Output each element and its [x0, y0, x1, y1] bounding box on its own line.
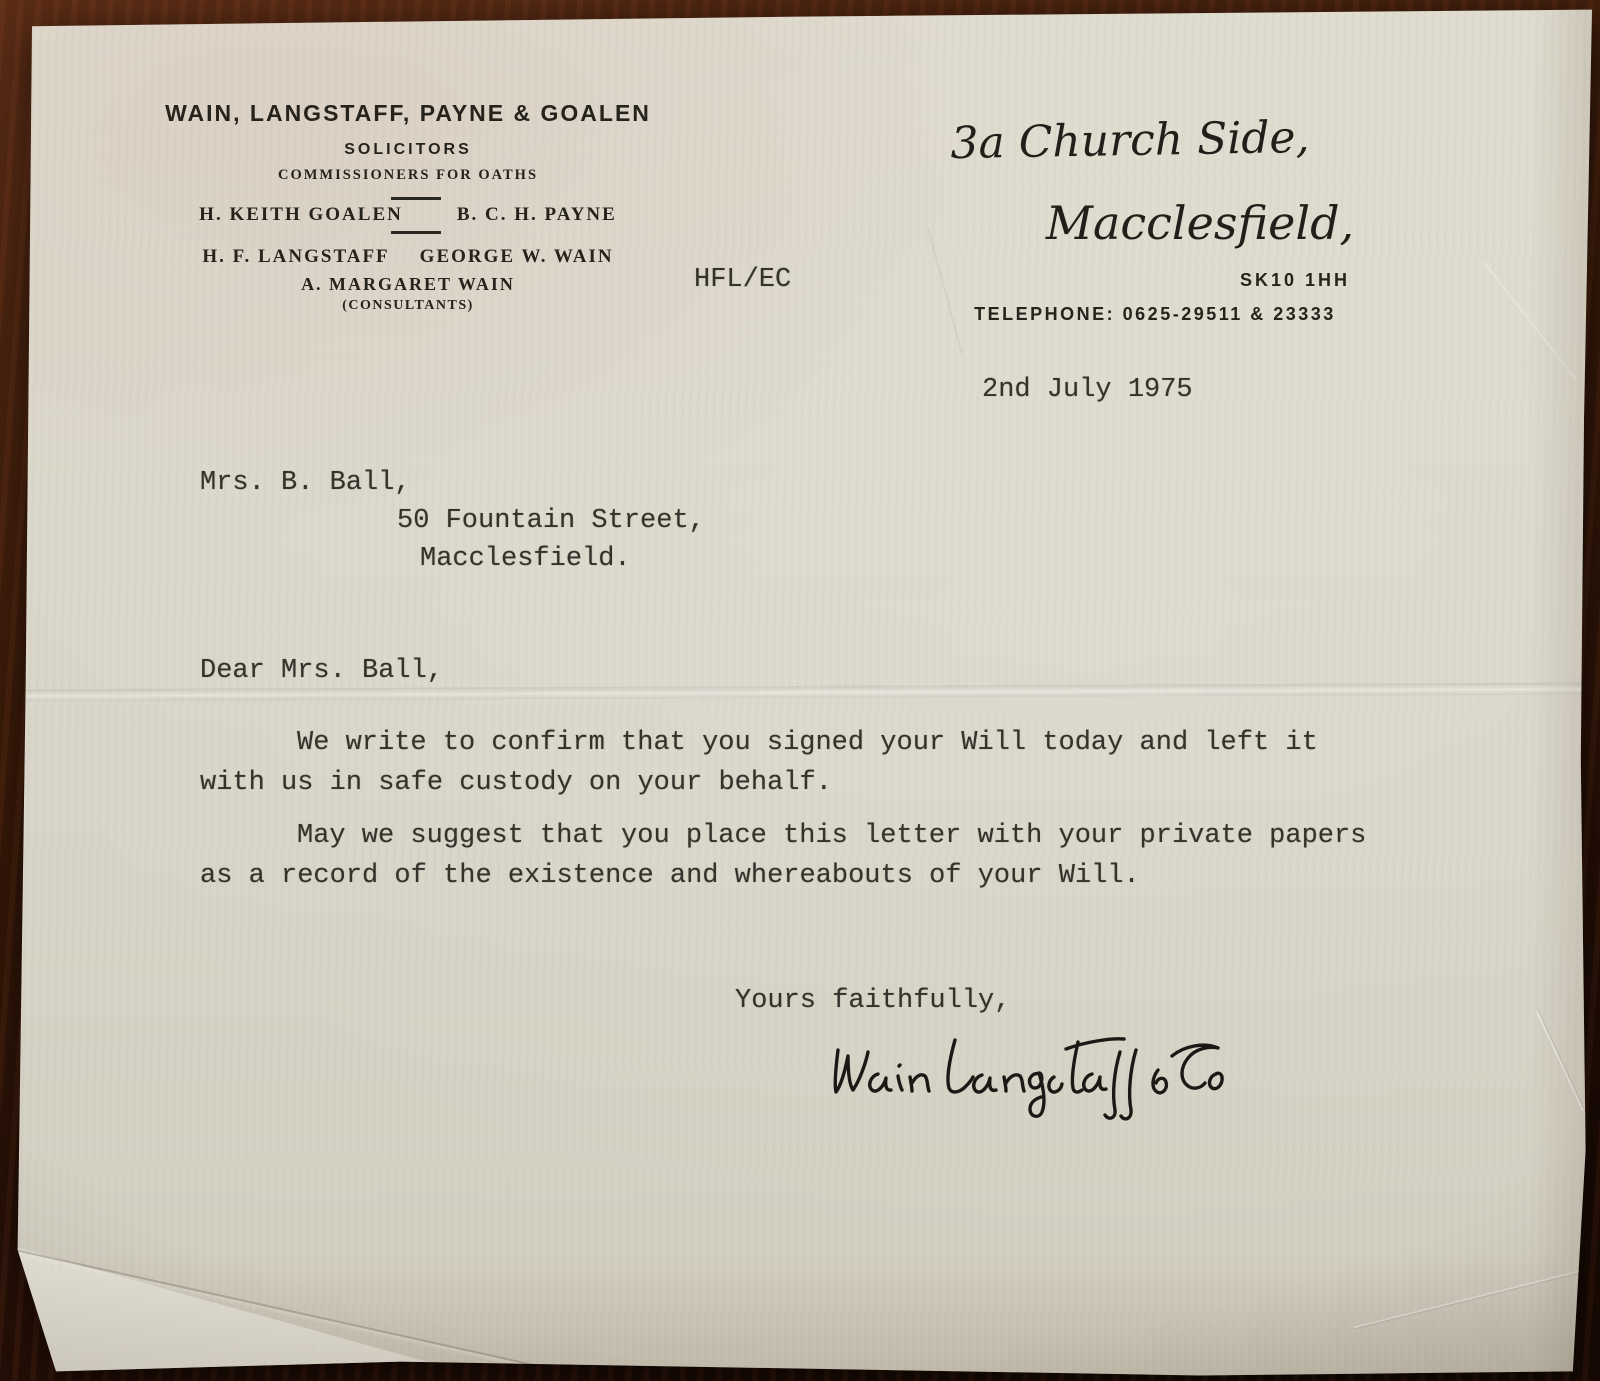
partners-row-1: H. KEITH GOALEN B. C. H. PAYNE [138, 204, 678, 226]
solicitors-label: SOLICITORS [138, 141, 678, 159]
recipient-name: Mrs. B. Ball, [200, 467, 411, 499]
partner-langstaff: H. F. LANGSTAFF [202, 246, 389, 268]
crease-bottom-right-2 [1354, 1264, 1600, 1329]
letterhead-postcode: SK10 1HH [1240, 270, 1350, 291]
partner-goalen: H. KEITH GOALEN [199, 204, 403, 226]
letterhead-address-line2: Macclesfield, [980, 196, 1420, 250]
body-paragraph2-line1: May we suggest that you place this lette… [297, 820, 1366, 852]
divider-rule-top [391, 197, 441, 200]
commissioners-label: COMMISSIONERS FOR OATHS [138, 167, 678, 184]
faint-crease-left [927, 228, 963, 354]
photo-of-letter: WAIN, LANGSTAFF, PAYNE & GOALEN SOLICITO… [0, 0, 1600, 1381]
divider-rule-bottom [391, 231, 441, 234]
faint-crease-right [1483, 261, 1577, 380]
bottom-edge-shading [0, 1251, 1600, 1381]
signature-scribble [820, 1022, 1230, 1122]
consultants-label: (CONSULTANTS) [138, 298, 678, 314]
crease-bottom-right-1 [1536, 1011, 1584, 1112]
consultant-name: A. MARGARET WAIN [138, 274, 678, 295]
letter-paper: WAIN, LANGSTAFF, PAYNE & GOALEN SOLICITO… [0, 0, 1600, 1381]
recipient-town: Macclesfield. [420, 543, 631, 575]
right-edge-shading [1530, 0, 1600, 1381]
reference-code: HFL/EC [694, 264, 791, 296]
recipient-street: 50 Fountain Street, [397, 505, 705, 537]
salutation: Dear Mrs. Ball, [200, 655, 443, 687]
partner-wain: GEORGE W. WAIN [420, 246, 614, 268]
letterhead-telephone: TELEPHONE: 0625-29511 & 23333 [930, 304, 1380, 325]
body-paragraph1-line1: We write to confirm that you signed your… [297, 727, 1318, 759]
letter-date: 2nd July 1975 [982, 374, 1193, 406]
body-paragraph1-line2: with us in safe custody on your behalf. [200, 767, 832, 799]
bottom-left-fold-edge [6, 1247, 553, 1370]
closing-valediction: Yours faithfully, [735, 985, 1010, 1017]
partner-payne: B. C. H. PAYNE [457, 204, 617, 226]
firm-name: WAIN, LANGSTAFF, PAYNE & GOALEN [138, 100, 678, 127]
paper-shadow-wrap: WAIN, LANGSTAFF, PAYNE & GOALEN SOLICITO… [0, 0, 1600, 1381]
body-paragraph2-line2: as a record of the existence and whereab… [200, 860, 1140, 892]
letterhead-address-line1: 3a Church Side, [900, 111, 1361, 170]
partners-row-2: H. F. LANGSTAFF GEORGE W. WAIN [138, 246, 678, 268]
